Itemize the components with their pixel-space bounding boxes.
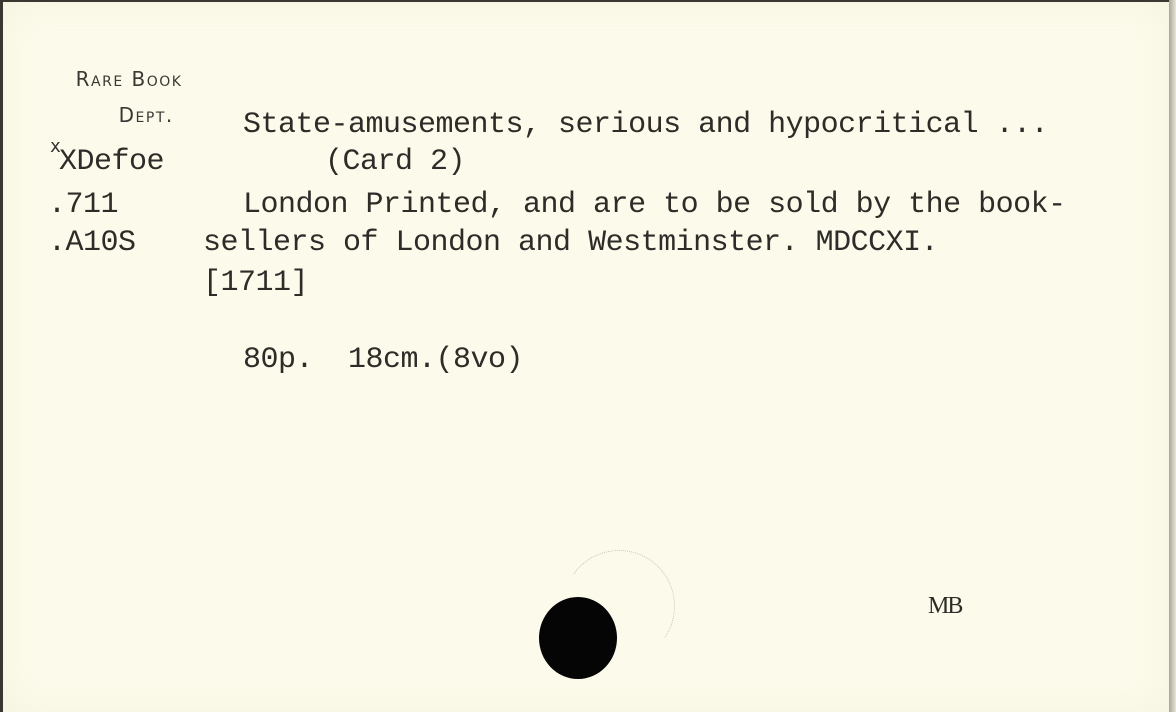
department-stamp-dept: Dept. (91, 88, 174, 143)
imprint-line-1: London Printed, and are to be sold by th… (243, 190, 1066, 220)
collation: 80p. 18cm.(8vo) (243, 345, 523, 375)
imprint-line-2: sellers of London and Westminster. MDCCX… (203, 228, 938, 258)
stamp-line-dept: Dept. (119, 103, 174, 127)
title-line: State-amusements, serious and hypocritic… (243, 110, 1048, 140)
card-edge (1169, 0, 1176, 712)
call-number-line-1: XDefoe (59, 147, 164, 177)
date-bracketed: [1711] (203, 268, 308, 298)
cataloger-initials: MB (928, 594, 961, 618)
call-number-line-2: .711 (48, 190, 118, 220)
call-number-line-3: .A10S (48, 228, 136, 258)
punch-hole (539, 597, 617, 679)
card-number: (Card 2) (325, 147, 465, 177)
catalog-card: Rare Book Dept. x XDefoe .711 .A10S Stat… (3, 2, 1169, 712)
